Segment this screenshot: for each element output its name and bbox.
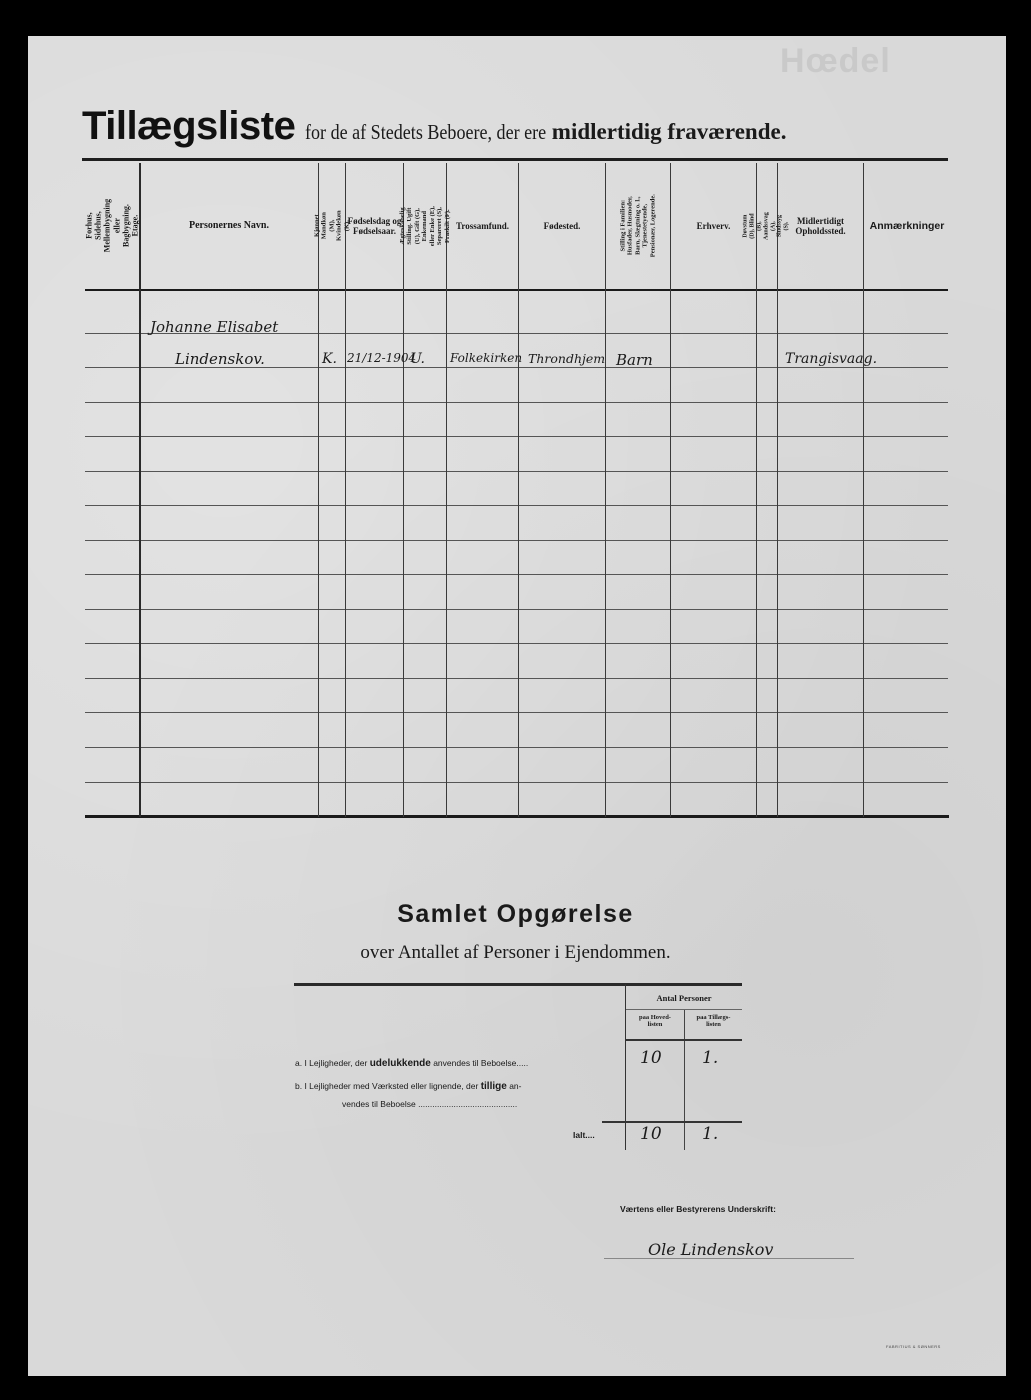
row-line <box>85 643 948 644</box>
cell-religion: Folkekirken <box>450 351 522 365</box>
header-building-label: Forhus, Sidehus, Mellembygning eller Bag… <box>84 199 139 253</box>
summary-total-main: 10 <box>640 1124 662 1144</box>
summary-rule <box>626 1039 742 1041</box>
header-remarks: Anmærkninger <box>864 163 950 289</box>
summary-col-main-l2: listen <box>626 1021 684 1028</box>
row-line <box>85 540 948 541</box>
table-bottom-rule <box>85 815 949 818</box>
form-title-main: Tillægsliste <box>82 104 295 149</box>
bleed-through-text: Hœdel <box>780 42 891 81</box>
line-b-prefix: b. I Lejligheder med Værksted eller lign… <box>295 1081 478 1091</box>
cell-sex: K. <box>322 351 337 367</box>
form-title-emphasis: midlertidig fraværende. <box>552 119 787 145</box>
header-religion: Trossamfund. <box>447 163 518 289</box>
header-disability: Døvstum (D), Blind (B), Aandssvag (A), S… <box>757 163 777 289</box>
header-marital-label: Ægteskabelig Stilling. Ugift (U), Gift (… <box>399 205 451 247</box>
row-line <box>85 609 948 610</box>
form-title: Tillægsliste for de af Stedets Beboere, … <box>82 104 962 154</box>
summary-col-supp-l1: paa Tillægs- <box>685 1014 742 1021</box>
header-birthplace-label: Fødested. <box>544 221 581 231</box>
cell-birthplace: Throndhjem <box>528 351 605 366</box>
summary-rule <box>294 983 742 986</box>
summary-line-b2: vendes til Beboelse ....................… <box>342 1099 517 1109</box>
header-family-position-label: Stilling i Familien: Husfader, Husmoder,… <box>619 194 656 258</box>
summary-total-supp: 1. <box>702 1124 718 1144</box>
summary-a-main: 10 <box>640 1048 662 1068</box>
summary-line-a: a. I Lejligheder, der udelukkende anvend… <box>295 1058 528 1069</box>
row-line <box>85 747 948 748</box>
row-line <box>85 505 948 506</box>
header-sex: Kjønnet Mandkøn (M), Kvindekøn (K). <box>319 163 345 289</box>
summary-rule <box>602 1121 742 1123</box>
header-occupation-label: Erhverv. <box>697 221 731 231</box>
header-remarks-label: Anmærkninger <box>870 220 945 232</box>
signature-value: Ole Lindenskov <box>648 1240 773 1259</box>
summary-group-header: Antal Personer <box>626 993 742 1003</box>
header-name-label: Personernes Navn. <box>189 220 269 232</box>
header-marital: Ægteskabelig Stilling. Ugift (U), Gift (… <box>404 163 446 289</box>
header-birth: Fødselsdag og Fødselsaar. <box>346 163 403 289</box>
line-a-bold: udelukkende <box>370 1058 431 1069</box>
header-temp-residence: Midlertidigt Opholdssted. <box>778 163 863 289</box>
summary-title: Samlet Opgørelse <box>0 900 1031 929</box>
cell-family-position: Barn <box>616 351 653 369</box>
summary-rule <box>626 1009 742 1010</box>
header-birthplace: Fødested. <box>519 163 605 289</box>
summary-col-supp: paa Tillægs- listen <box>685 1014 742 1028</box>
cell-marital: U. <box>410 351 425 367</box>
header-religion-label: Trossamfund. <box>456 221 509 231</box>
header-birth-label: Fødselsdag og Fødselsaar. <box>346 216 403 237</box>
header-name: Personernes Navn. <box>140 163 318 289</box>
header-temp-residence-label: Midlertidigt Opholdssted. <box>778 216 863 237</box>
summary-total-label: Ialt.... <box>573 1130 595 1140</box>
title-rule <box>82 158 948 161</box>
signature-line <box>604 1258 854 1259</box>
summary-line-b: b. I Lejligheder med Værksted eller lign… <box>295 1081 522 1092</box>
line-a-suffix: anvendes til Beboelse..... <box>433 1058 528 1068</box>
cell-temp-residence: Trangisvaag. <box>785 351 877 367</box>
cell-name-line1: Johanne Elisabet <box>150 318 278 336</box>
cell-birth: 21/12-1904 <box>347 351 416 365</box>
row-line <box>85 712 948 713</box>
row-line <box>85 471 948 472</box>
form-title-middle: for de af Stedets Beboere, der ere <box>305 120 546 145</box>
printer-mark: FABRITIUS & SØNNERS <box>886 1344 941 1349</box>
row-line <box>85 678 948 679</box>
line-a-prefix: a. I Lejligheder, der <box>295 1058 367 1068</box>
line-b-suffix: an- <box>509 1081 521 1091</box>
summary-col-main-l1: paa Hoved- <box>626 1014 684 1021</box>
summary-col-main: paa Hoved- listen <box>626 1014 684 1028</box>
summary-divider <box>684 1010 685 1150</box>
row-line <box>85 574 948 575</box>
header-family-position: Stilling i Familien: Husfader, Husmoder,… <box>606 163 670 289</box>
summary-a-supp: 1. <box>702 1048 718 1068</box>
summary-subtitle: over Antallet af Personer i Ejendommen. <box>0 942 1031 964</box>
header-bottom-rule <box>85 289 948 291</box>
row-line <box>85 436 948 437</box>
row-line <box>85 402 948 403</box>
header-building: Forhus, Sidehus, Mellembygning eller Bag… <box>85 163 139 289</box>
summary-col-supp-l2: listen <box>685 1021 742 1028</box>
line-b-bold: tillige <box>481 1081 507 1092</box>
row-line <box>85 782 948 783</box>
cell-name-line2: Lindenskov. <box>175 350 265 368</box>
signature-label: Værtens eller Bestyrerens Underskrift: <box>620 1204 776 1214</box>
